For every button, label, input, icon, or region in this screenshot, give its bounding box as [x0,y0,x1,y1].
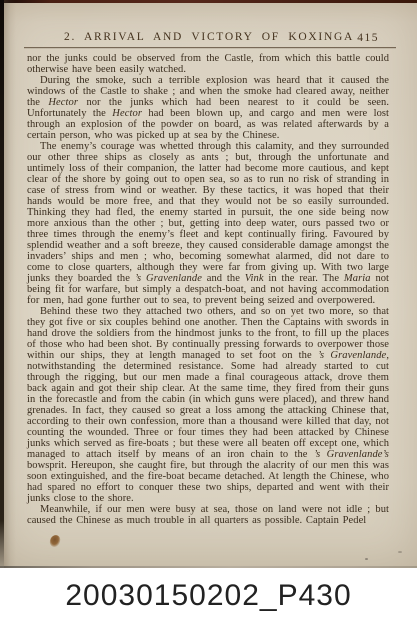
paragraph: The enemy’s courage was whetted through … [27,141,389,306]
ship-name-italic: ’s Gravenlande [318,350,387,361]
text-run: The enemy’s courage was whetted through … [27,141,389,284]
text-run: bowsprit. Hereupon, she caught fire, but… [27,460,389,504]
paragraph: nor the junks could be observed from the… [27,53,389,75]
ship-name-italic: Hector [48,97,78,108]
text-run: in the rear. The [264,273,344,284]
text-run: Meanwhile, if our men were busy at sea, … [27,504,389,526]
text-run: and the [202,273,245,284]
chapter-title: 2. ARRIVAL AND VICTORY OF KOXINGA [26,31,392,43]
book-top-edge [0,0,417,3]
dust-speck [365,558,368,560]
ship-name-italic: ’s Gravenlande’s [314,449,389,460]
text-run: , notwithstanding the determined resista… [27,350,389,460]
ship-name-italic: Hector [112,108,142,119]
page-number: 415 [357,32,379,44]
page-gutter-crease [4,0,16,568]
paragraph: Behind these two they attached two other… [27,306,389,504]
scan-margin: 20030150202_P430 [0,568,417,640]
ship-name-italic: Vink [245,273,264,284]
text-run: nor the junks could be observed from the… [27,53,389,75]
header-rule [24,47,396,48]
scanned-book-screenshot: 2. ARRIVAL AND VICTORY OF KOXINGA 415 no… [0,0,417,640]
paragraph: Meanwhile, if our men were busy at sea, … [27,504,389,526]
book-page: 2. ARRIVAL AND VICTORY OF KOXINGA 415 no… [0,0,417,568]
paragraph: During the smoke, such a terrible explos… [27,75,389,141]
running-head: 2. ARRIVAL AND VICTORY OF KOXINGA 415 [26,31,392,47]
ink-stain [49,534,62,548]
ship-name-italic: ’s Gravenlande [135,273,202,284]
book-left-edge [0,0,4,566]
archive-id-label: 20030150202_P430 [0,579,417,613]
ship-name-italic: Maria [344,273,371,284]
dust-speck [398,551,402,553]
page-body: nor the junks could be observed from the… [27,53,389,526]
